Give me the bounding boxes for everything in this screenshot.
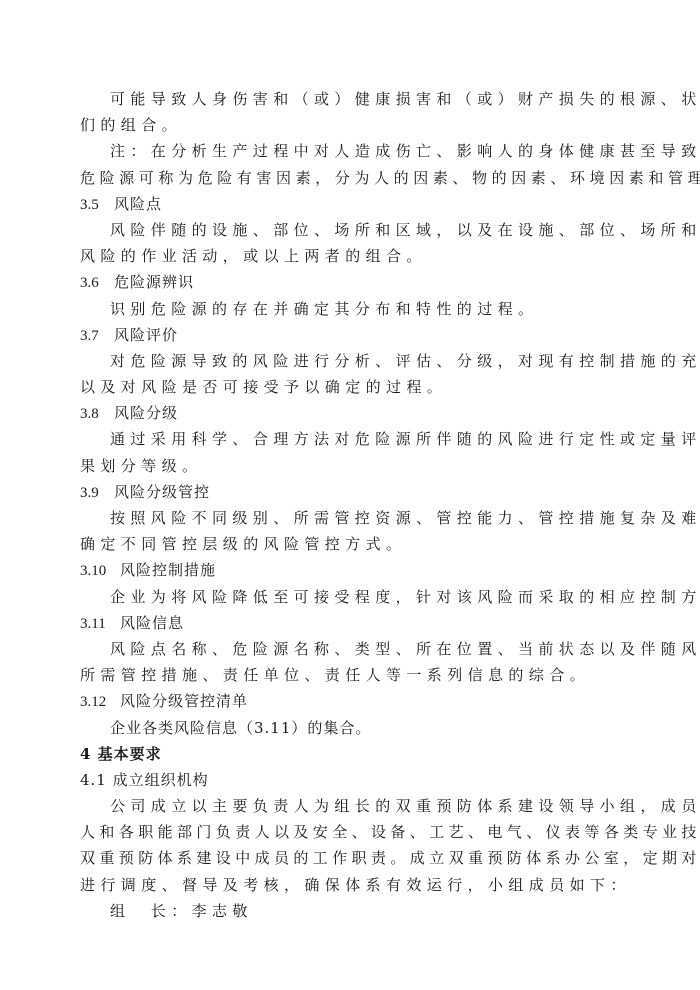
paragraph-line: 风险点名称、危险源名称、类型、所在位置、当前状态以及伴随风险大小、等级、 (80, 636, 620, 662)
paragraph-line: 人和各职能部门负责人以及安全、设备、工艺、电气、仪表等各类专业技术人员，明确 (80, 819, 620, 845)
paragraph-line: 进行调度、督导及考核，确保体系有效运行，小组成员如下： (80, 872, 620, 898)
term-title: 风险点 (114, 195, 162, 213)
subsection-heading-4-1: 4.1 成立组织机构 (80, 767, 620, 793)
paragraph-line: 确定不同管控层级的风险管控方式。 (80, 531, 620, 557)
team-leader-line: 组 长：李志敬 (80, 898, 620, 924)
term-title: 风险分级管控清单 (120, 692, 248, 710)
section-heading-4: 4 基本要求 (80, 741, 620, 767)
term-title: 风险分级 (114, 404, 178, 422)
note-line: 注：在分析生产过程中对人造成伤亡、影响人的身体健康甚至导致疾病的因素时， (80, 138, 620, 164)
term-title: 风险控制措施 (120, 561, 216, 579)
paragraph-line: 对危险源导致的风险进行分析、评估、分级，对现有控制措施的充分性加以考虑， (80, 348, 620, 374)
term-number: 3.9 (80, 480, 114, 506)
paragraph-line: 企业为将风险降低至可接受程度，针对该风险而采取的相应控制方法和手段。 (80, 584, 620, 610)
term-number: 3.12 (80, 689, 120, 715)
paragraph-line: 双重预防体系建设中成员的工作职责。成立双重预防体系办公室，定期对体系建设情况 (80, 845, 620, 871)
paragraph-line: 可能导致人身伤害和（或）健康损害和（或）财产损失的根源、状态或行为，或它 (80, 86, 620, 112)
paragraph-line: 果划分等级。 (80, 453, 620, 479)
paragraph-line: 通过采用科学、合理方法对危险源所伴随的风险进行定性或定量评价，根据评价结 (80, 426, 620, 452)
term-number: 3.7 (80, 323, 114, 349)
term-heading-3-10: 3.10风险控制措施 (80, 557, 620, 583)
paragraph-line: 以及对风险是否可接受予以确定的过程。 (80, 374, 620, 400)
paragraph-line: 公司成立以主要负责人为组长的双重预防体系建设领导小组，成员应包括分管负责 (80, 793, 620, 819)
paragraph-line: 们的组合。 (80, 112, 620, 138)
document-page: 可能导致人身伤害和（或）健康损害和（或）财产损失的根源、状态或行为，或它 们的组… (80, 86, 620, 924)
paragraph-line: 识别危险源的存在并确定其分布和特性的过程。 (80, 296, 620, 322)
term-number: 3.6 (80, 270, 114, 296)
term-heading-3-9: 3.9风险分级管控 (80, 479, 620, 505)
note-line: 危险源可称为危险有害因素，分为人的因素、物的因素、环境因素和管理因素四类。 (80, 165, 620, 191)
term-title: 危险源辨识 (114, 273, 194, 291)
paragraph-line: 企业各类风险信息（3.11）的集合。 (80, 715, 620, 741)
paragraph-line: 所需管控措施、责任单位、责任人等一系列信息的综合。 (80, 662, 620, 688)
term-title: 风险评价 (114, 326, 178, 344)
term-number: 3.11 (80, 611, 120, 637)
paragraph-line: 风险的作业活动，或以上两者的组合。 (80, 243, 620, 269)
term-number: 3.8 (80, 401, 114, 427)
term-heading-3-7: 3.7风险评价 (80, 322, 620, 348)
term-title: 风险分级管控 (114, 483, 210, 501)
term-heading-3-5: 3.5风险点 (80, 191, 620, 217)
term-heading-3-12: 3.12风险分级管控清单 (80, 688, 620, 714)
paragraph-line: 按照风险不同级别、所需管控资源、管控能力、管控措施复杂及难易程度等因素而 (80, 505, 620, 531)
term-heading-3-6: 3.6危险源辨识 (80, 269, 620, 295)
term-number: 3.5 (80, 192, 114, 218)
term-heading-3-8: 3.8风险分级 (80, 400, 620, 426)
term-number: 3.10 (80, 558, 120, 584)
term-title: 风险信息 (120, 614, 184, 632)
paragraph-line: 风险伴随的设施、部位、场所和区域，以及在设施、部位、场所和区域实施的伴随 (80, 217, 620, 243)
term-heading-3-11: 3.11风险信息 (80, 610, 620, 636)
